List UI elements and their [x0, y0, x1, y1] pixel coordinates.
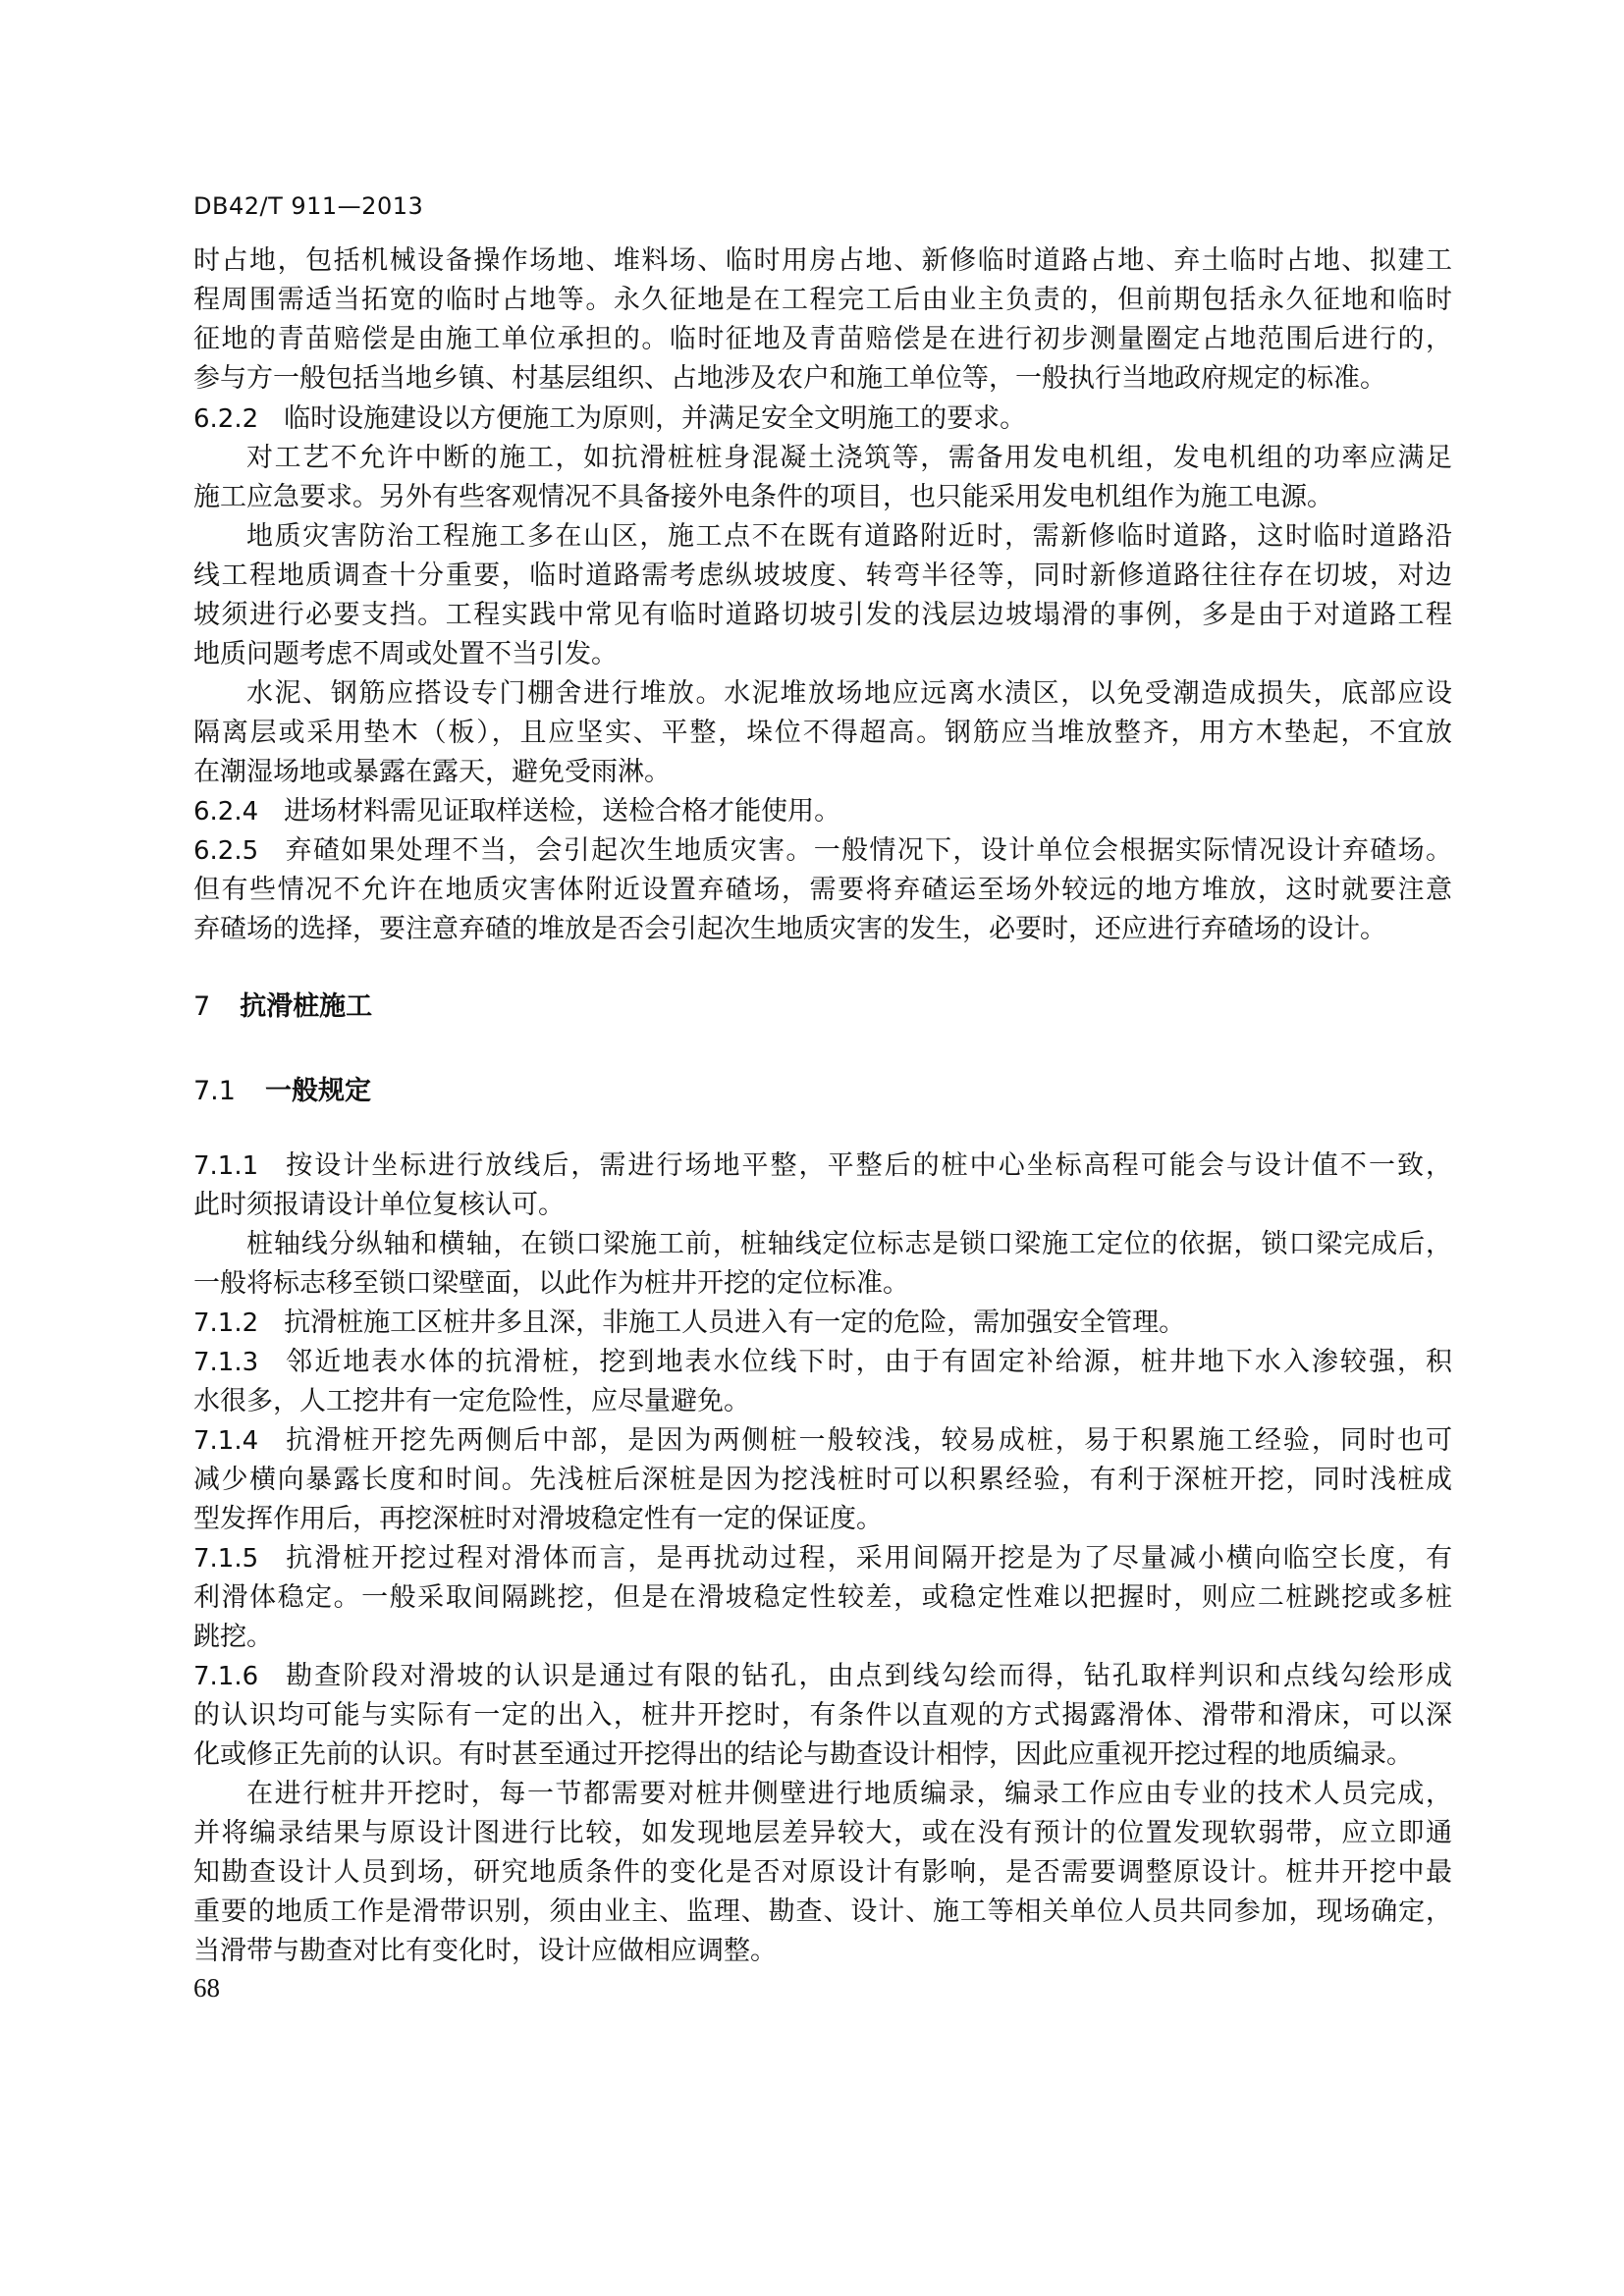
clause-7-1-1: 7.1.1按设计坐标进行放线后，需进行场地平整，平整后的桩中心坐标高程可能会与设… [193, 1147, 1452, 1186]
text-line: 的认识均可能与实际有一定的出入，桩井开挖时，有条件以直观的方式揭露滑体、滑带和滑… [193, 1696, 1452, 1735]
text-line: 重要的地质工作是滑带识别，须由业主、监理、勘查、设计、施工等相关单位人员共同参加… [193, 1893, 1452, 1932]
clause-text: 抗滑桩施工区桩井多且深，非施工人员进入有一定的危险，需加强安全管理。 [284, 1308, 1185, 1338]
standard-code-header: DB42/T 911—2013 [193, 192, 423, 220]
text-line: 型发挥作用后，再挖深桩时对滑坡稳定性有一定的保证度。 [193, 1500, 1452, 1539]
text-line: 此时须报请设计单位复核认可。 [193, 1186, 1452, 1225]
text-line: 坡须进行必要支挡。工程实践中常见有临时道路切坡引发的浅层边坡塌滑的事例，多是由于… [193, 596, 1452, 635]
section-title: 一般规定 [265, 1076, 371, 1106]
text-line: 当滑带与勘查对比有变化时，设计应做相应调整。 [193, 1932, 1452, 1971]
chapter-number: 7 [193, 991, 210, 1022]
text-line: 减少横向暴露长度和时间。先浅桩后深桩是因为挖浅桩时可以积累经验，有利于深桩开挖，… [193, 1461, 1452, 1500]
text-line: 隔离层或采用垫木（板），且应坚实、平整，垛位不得超高。钢筋应当堆放整齐，用方木垫… [193, 714, 1452, 753]
clause-number: 6.2.5 [193, 836, 258, 866]
clause-text: 弃碴如果处理不当，会引起次生地质灾害。一般情况下，设计单位会根据实际情况设计弃碴… [284, 835, 1452, 866]
text-line: 知勘查设计人员到场，研究地质条件的变化是否对原设计有影响，是否需要调整原设计。桩… [193, 1853, 1452, 1893]
clause-text: 按设计坐标进行放线后，需进行场地平整，平整后的桩中心坐标高程可能会与设计值不一致… [284, 1150, 1452, 1181]
clause-7-1-6: 7.1.6勘查阶段对滑坡的认识是通过有限的钻孔，由点到线勾绘而得，钻孔取样判识和… [193, 1657, 1452, 1696]
clause-number: 6.2.2 [193, 404, 258, 434]
text-line: 征地的青苗赔偿是由施工单位承担的。临时征地及青苗赔偿是在进行初步测量圈定占地范围… [193, 320, 1452, 359]
text-line: 参与方一般包括当地乡镇、村基层组织、占地涉及农户和施工单位等，一般执行当地政府规… [193, 359, 1452, 399]
clause-6-2-5: 6.2.5弃碴如果处理不当，会引起次生地质灾害。一般情况下，设计单位会根据实际情… [193, 831, 1452, 871]
clause-7-1-2: 7.1.2抗滑桩施工区桩井多且深，非施工人员进入有一定的危险，需加强安全管理。 [193, 1304, 1452, 1343]
clause-number: 6.2.4 [193, 797, 258, 827]
text-line: 跳挖。 [193, 1618, 1452, 1657]
clause-text: 抗滑桩开挖过程对滑体而言，是再扰动过程，采用间隔开挖是为了尽量减小横向临空长度，… [284, 1543, 1452, 1574]
text-line: 利滑体稳定。一般采取间隔跳挖，但是在滑坡稳定性较差，或稳定性难以把握时，则应二桩… [193, 1578, 1452, 1618]
text-line: 线工程地质调查十分重要，临时道路需考虑纵坡坡度、转弯半径等，同时新修道路往往存在… [193, 557, 1452, 596]
clause-number: 7.1.1 [193, 1151, 258, 1181]
clause-number: 7.1.2 [193, 1308, 258, 1338]
clause-number: 7.1.5 [193, 1544, 258, 1574]
section-number: 7.1 [193, 1076, 236, 1106]
document-page: DB42/T 911—2013 时占地，包括机械设备操作场地、堆料场、临时用房占… [0, 0, 1624, 2296]
text-line: 时占地，包括机械设备操作场地、堆料场、临时用房占地、新修临时道路占地、弃土临时占… [193, 241, 1452, 281]
text-line: 地质灾害防治工程施工多在山区，施工点不在既有道路附近时，需新修临时道路，这时临时… [246, 517, 1452, 557]
clause-number: 7.1.3 [193, 1348, 258, 1377]
text-line: 水泥、钢筋应搭设专门棚舍进行堆放。水泥堆放场地应远离水渍区，以免受潮造成损失，底… [246, 674, 1452, 714]
page-number: 68 [193, 1973, 220, 2003]
clause-text: 勘查阶段对滑坡的认识是通过有限的钻孔，由点到线勾绘而得，钻孔取样判识和点线勾绘形… [284, 1661, 1452, 1691]
text-line: 桩轴线分纵轴和横轴，在锁口梁施工前，桩轴线定位标志是锁口梁施工定位的依据，锁口梁… [246, 1225, 1452, 1264]
text-line: 化或修正先前的认识。有时甚至通过开挖得出的结论与勘查设计相悖，因此应重视开挖过程… [193, 1735, 1452, 1775]
clause-text: 抗滑桩开挖先两侧后中部，是因为两侧桩一般较浅，较易成桩，易于积累施工经验，同时也… [284, 1425, 1452, 1456]
clause-7-1-4: 7.1.4抗滑桩开挖先两侧后中部，是因为两侧桩一般较浅，较易成桩，易于积累施工经… [193, 1421, 1452, 1461]
chapter-heading: 7抗滑桩施工 [193, 985, 372, 1023]
clause-text: 邻近地表水体的抗滑桩，挖到地表水位线下时，由于有固定补给源，桩井地下水入渗较强，… [284, 1347, 1452, 1377]
chapter-title: 抗滑桩施工 [240, 991, 372, 1022]
clause-7-1-5: 7.1.5抗滑桩开挖过程对滑体而言，是再扰动过程，采用间隔开挖是为了尽量减小横向… [193, 1539, 1452, 1578]
text-line: 一般将标志移至锁口梁壁面，以此作为桩井开挖的定位标准。 [193, 1264, 1452, 1304]
text-line: 对工艺不允许中断的施工，如抗滑桩桩身混凝土浇筑等，需备用发电机组，发电机组的功率… [246, 439, 1452, 478]
text-line: 并将编录结果与原设计图进行比较，如发现地层差异较大，或在没有预计的位置发现软弱带… [193, 1814, 1452, 1853]
clause-7-1-3: 7.1.3邻近地表水体的抗滑桩，挖到地表水位线下时，由于有固定补给源，桩井地下水… [193, 1343, 1452, 1382]
clause-text: 进场材料需见证取样送检，送检合格才能使用。 [284, 796, 840, 827]
clause-text: 临时设施建设以方便施工为原则，并满足安全文明施工的要求。 [284, 403, 1026, 434]
clause-6-2-4: 6.2.4进场材料需见证取样送检，送检合格才能使用。 [193, 792, 1452, 831]
text-line: 施工应急要求。另外有些客观情况不具备接外电条件的项目，也只能采用发电机组作为施工… [193, 478, 1452, 517]
text-line: 在潮湿场地或暴露在露天，避免受雨淋。 [193, 753, 1452, 792]
clause-number: 7.1.6 [193, 1662, 258, 1691]
section-heading: 7.1一般规定 [193, 1069, 371, 1107]
text-line: 水很多，人工挖井有一定危险性，应尽量避免。 [193, 1382, 1452, 1421]
clause-number: 7.1.4 [193, 1426, 258, 1456]
text-line: 但有些情况不允许在地质灾害体附近设置弃碴场，需要将弃碴运至场外较远的地方堆放，这… [193, 871, 1452, 910]
text-line: 弃碴场的选择，要注意弃碴的堆放是否会引起次生地质灾害的发生，必要时，还应进行弃碴… [193, 910, 1452, 949]
text-line: 在进行桩井开挖时，每一节都需要对桩井侧壁进行地质编录，编录工作应由专业的技术人员… [246, 1775, 1452, 1814]
text-line: 程周围需适当拓宽的临时占地等。永久征地是在工程完工后由业主负责的，但前期包括永久… [193, 281, 1452, 320]
text-line: 地质问题考虑不周或处置不当引发。 [193, 635, 1452, 674]
clause-6-2-2: 6.2.2临时设施建设以方便施工为原则，并满足安全文明施工的要求。 [193, 400, 1452, 439]
